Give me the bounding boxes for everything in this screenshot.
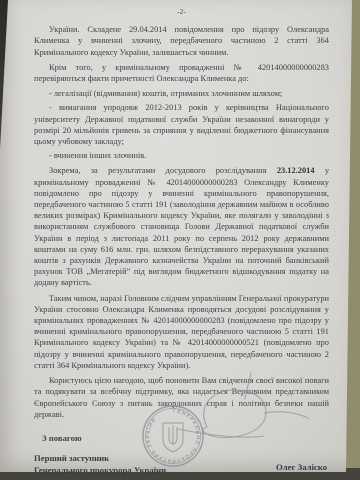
list-item: - вчинення інших злочинів.	[34, 150, 329, 161]
list-item: - вимагання упродовж 2012-2013 років у к…	[34, 102, 329, 147]
document-photo: -2- України. Складене 29.04.2014 повідом…	[0, 0, 360, 480]
case-number: № 42014000000000521	[173, 338, 259, 347]
case-number: № 42014000000000283	[141, 316, 224, 325]
list-item: - легалізації (відмивання) коштів, отрим…	[34, 88, 329, 99]
paragraph-summary: Таким чином, наразі Головним слідчим упр…	[34, 293, 329, 371]
paragraph-validity: України. Складене 29.04.2014 повідомленн…	[34, 24, 329, 58]
paragraph-suspicion-notice: Зокрема, за результатами досудового розс…	[34, 165, 329, 288]
case-number: № 42014000000000283	[234, 63, 329, 72]
paragraph-other-proceeding: Крім того, у кримінальному провадженні №…	[34, 62, 329, 84]
page-number: -2-	[34, 6, 329, 17]
trident-icon	[163, 423, 183, 452]
prosecutor-stamp: ГЕНЕРАЛЬНА ПРОКУРАТУРА УКРАЇНИ	[130, 393, 216, 479]
notice-date: 23.12.2014	[277, 166, 315, 175]
